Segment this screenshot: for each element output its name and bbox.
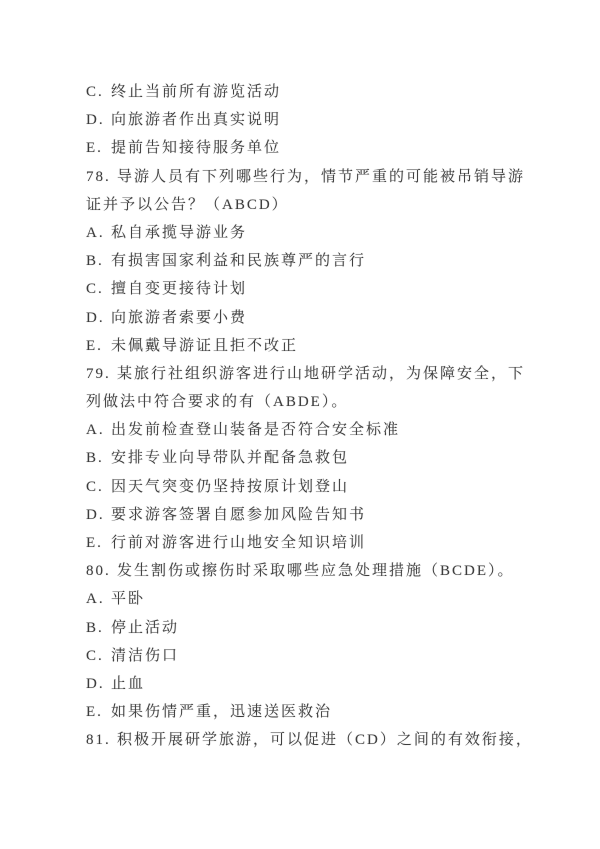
option-text: 私自承揽导游业务: [111, 225, 247, 241]
option-label: E.: [86, 698, 111, 726]
question-text: 发生割伤或擦伤时采取哪些应急处理措施（BCDE）。: [117, 563, 515, 579]
option-text: 提前告知接待服务单位: [111, 140, 281, 156]
question-line: 80.发生割伤或擦伤时采取哪些应急处理措施（BCDE）。: [86, 557, 556, 585]
option-text: 停止活动: [111, 620, 179, 636]
question-line: 81.积极开展研学旅游，可以促进（CD）之间的有效衔接，: [86, 726, 556, 754]
option-label: D.: [86, 304, 111, 332]
option-line: B.停止活动: [86, 614, 556, 642]
option-text: 要求游客签署自愿参加风险告知书: [111, 507, 366, 523]
option-line: D.向旅游者作出真实说明: [86, 106, 556, 134]
option-text: 向旅游者索要小费: [111, 310, 247, 326]
question-text: 列做法中符合要求的有（ABDE）。: [86, 394, 348, 410]
option-label: B.: [86, 444, 111, 472]
question-number: 80.: [86, 557, 117, 585]
option-line: C.终止当前所有游览活动: [86, 78, 556, 106]
option-line: E.未佩戴导游证且拒不改正: [86, 332, 556, 360]
option-line: D.止血: [86, 670, 556, 698]
option-label: A.: [86, 219, 111, 247]
option-label: B.: [86, 614, 111, 642]
option-line: E.行前对游客进行山地安全知识培训: [86, 529, 556, 557]
option-line: B.有损害国家利益和民族尊严的言行: [86, 247, 556, 275]
option-text: 出发前检查登山装备是否符合安全标准: [111, 422, 400, 438]
option-label: C.: [86, 275, 111, 303]
option-text: 清洁伤口: [111, 648, 179, 664]
option-label: E.: [86, 332, 111, 360]
question-line: 78.导游人员有下列哪些行为，情节严重的可能被吊销导游: [86, 163, 556, 191]
option-line: A.平卧: [86, 585, 556, 613]
option-line: D.向旅游者索要小费: [86, 304, 556, 332]
option-text: 向旅游者作出真实说明: [111, 112, 281, 128]
option-label: D.: [86, 501, 111, 529]
option-label: E.: [86, 134, 111, 162]
option-line: A.出发前检查登山装备是否符合安全标准: [86, 416, 556, 444]
option-line: C.清洁伤口: [86, 642, 556, 670]
option-line: E.如果伤情严重，迅速送医救治: [86, 698, 556, 726]
option-text: 行前对游客进行山地安全知识培训: [111, 535, 366, 551]
question-number: 79.: [86, 360, 117, 388]
option-line: E.提前告知接待服务单位: [86, 134, 556, 162]
option-label: D.: [86, 670, 111, 698]
option-text: 止血: [111, 676, 145, 692]
question-text: 积极开展研学旅游，可以促进（CD）之间的有效衔接，: [117, 732, 533, 748]
question-list: C.终止当前所有游览活动 D.向旅游者作出真实说明 E.提前告知接待服务单位 7…: [86, 78, 556, 755]
option-label: C.: [86, 78, 111, 106]
option-label: B.: [86, 247, 111, 275]
option-label: C.: [86, 642, 111, 670]
question-number: 81.: [86, 726, 117, 754]
option-text: 因天气突变仍坚持按原计划登山: [111, 479, 349, 495]
option-text: 有损害国家利益和民族尊严的言行: [111, 253, 366, 269]
option-line: D.要求游客签署自愿参加风险告知书: [86, 501, 556, 529]
option-text: 擅自变更接待计划: [111, 281, 247, 297]
option-text: 平卧: [111, 591, 145, 607]
option-line: C.擅自变更接待计划: [86, 275, 556, 303]
option-text: 终止当前所有游览活动: [111, 84, 281, 100]
option-line: C.因天气突变仍坚持按原计划登山: [86, 473, 556, 501]
question-text: 导游人员有下列哪些行为，情节严重的可能被吊销导游: [117, 169, 525, 185]
question-text: 证并予以公告？（ABCD）: [86, 197, 289, 213]
document-page: C.终止当前所有游览活动 D.向旅游者作出真实说明 E.提前告知接待服务单位 7…: [0, 0, 600, 849]
question-continuation-line: 证并予以公告？（ABCD）: [86, 191, 556, 219]
option-line: A.私自承揽导游业务: [86, 219, 556, 247]
option-label: A.: [86, 416, 111, 444]
option-label: D.: [86, 106, 111, 134]
question-line: 79.某旅行社组织游客进行山地研学活动，为保障安全，下: [86, 360, 556, 388]
option-text: 如果伤情严重，迅速送医救治: [111, 704, 332, 720]
option-text: 未佩戴导游证且拒不改正: [111, 338, 298, 354]
option-label: A.: [86, 585, 111, 613]
question-number: 78.: [86, 163, 117, 191]
option-label: E.: [86, 529, 111, 557]
option-label: C.: [86, 473, 111, 501]
question-text: 某旅行社组织游客进行山地研学活动，为保障安全，下: [117, 366, 525, 382]
question-continuation-line: 列做法中符合要求的有（ABDE）。: [86, 388, 556, 416]
option-line: B.安排专业向导带队并配备急救包: [86, 444, 556, 472]
option-text: 安排专业向导带队并配备急救包: [111, 450, 349, 466]
